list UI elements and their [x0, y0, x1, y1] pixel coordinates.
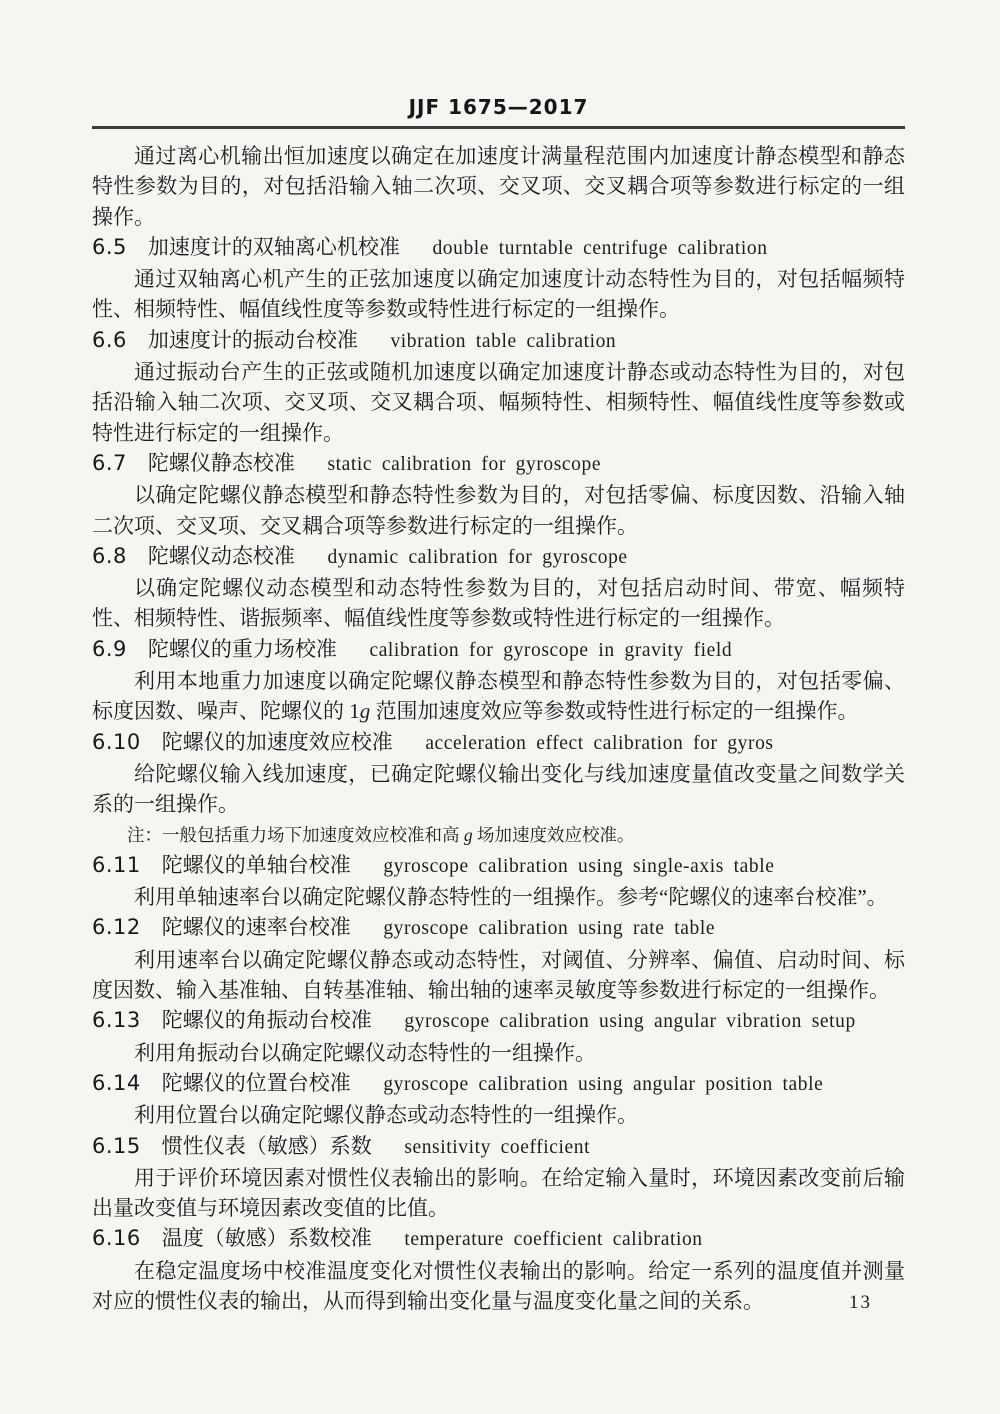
- text-run: 利用速率台以确定陀螺仪静态或动态特性，对阈值、分辨率、偏值、启动时间、标度因数、…: [92, 948, 905, 1002]
- term-chinese: 加速度计的振动台校准: [148, 328, 358, 352]
- clause-number: 6.7: [92, 451, 127, 475]
- term-chinese: 惯性仪表（敏感）系数: [162, 1134, 372, 1158]
- term-chinese: 陀螺仪动态校准: [148, 544, 295, 568]
- term-heading: 6.14陀螺仪的位置台校准gyroscope calibration using…: [92, 1068, 905, 1100]
- term-heading: 6.9陀螺仪的重力场校准calibration for gyroscope in…: [92, 634, 905, 666]
- term-chinese: 加速度计的双轴离心机校准: [148, 235, 400, 259]
- body-paragraph: 在稳定温度场中校准温度变化对惯性仪表输出的影响。给定一系列的温度值并测量对应的惯…: [92, 1256, 905, 1317]
- text-run: 注：一般包括重力场下加速度效应校准和高: [127, 825, 464, 845]
- term-english: gyroscope calibration using single-axis …: [383, 856, 774, 877]
- text-run: 通过振动台产生的正弦或随机加速度以确定加速度计静态或动态特性为目的，对包括沿输入…: [92, 360, 905, 445]
- body-paragraph: 给陀螺仪输入线加速度，已确定陀螺仪输出变化与线加速度量值改变量之间数学关系的一组…: [92, 759, 905, 820]
- term-heading: 6.8陀螺仪动态校准dynamic calibration for gyrosc…: [92, 541, 905, 573]
- italic-symbol: g: [464, 825, 473, 845]
- term-english: vibration table calibration: [390, 331, 616, 352]
- text-run: 以确定陀螺仪动态模型和动态特性参数为目的，对包括启动时间、带宽、幅频特性、相频特…: [92, 576, 905, 630]
- page-number: 13: [849, 1292, 872, 1314]
- body-paragraph: 以确定陀螺仪静态模型和静态特性参数为目的，对包括零偏、标度因数、沿输入轴二次项、…: [92, 480, 905, 541]
- clause-number: 6.11: [92, 853, 141, 877]
- text-run: 利用位置台以确定陀螺仪静态或动态特性的一组操作。: [134, 1103, 638, 1127]
- term-chinese: 陀螺仪的单轴台校准: [162, 853, 351, 877]
- term-heading: 6.13陀螺仪的角振动台校准gyroscope calibration usin…: [92, 1005, 905, 1037]
- clause-number: 6.6: [92, 328, 127, 352]
- clause-number: 6.12: [92, 915, 141, 939]
- document-page: JJF 1675—2017 通过离心机输出恒加速度以确定在加速度计满量程范围内加…: [0, 0, 1000, 1414]
- term-chinese: 陀螺仪的加速度效应校准: [162, 730, 393, 754]
- header-rule: [92, 126, 905, 129]
- italic-symbol: g: [360, 699, 371, 723]
- body-paragraph: 利用角振动台以确定陀螺仪动态特性的一组操作。: [92, 1038, 905, 1068]
- page-content: JJF 1675—2017 通过离心机输出恒加速度以确定在加速度计满量程范围内加…: [92, 0, 905, 1316]
- term-english: static calibration for gyroscope: [327, 454, 601, 475]
- term-english: calibration for gyroscope in gravity fie…: [369, 640, 732, 661]
- term-english: temperature coefficient calibration: [404, 1229, 702, 1250]
- term-chinese: 温度（敏感）系数校准: [162, 1226, 372, 1250]
- term-english: gyroscope calibration using angular vibr…: [404, 1011, 855, 1032]
- term-chinese: 陀螺仪的速率台校准: [162, 915, 351, 939]
- term-chinese: 陀螺仪静态校准: [148, 451, 295, 475]
- term-heading: 6.12陀螺仪的速率台校准gyroscope calibration using…: [92, 912, 905, 944]
- clause-number: 6.10: [92, 730, 141, 754]
- clause-number: 6.15: [92, 1134, 141, 1158]
- body-paragraph: 利用位置台以确定陀螺仪静态或动态特性的一组操作。: [92, 1100, 905, 1130]
- body-paragraph: 通过离心机输出恒加速度以确定在加速度计满量程范围内加速度计静态模型和静态特性参数…: [92, 141, 905, 232]
- term-heading: 6.16温度（敏感）系数校准temperature coefficient ca…: [92, 1223, 905, 1255]
- text-run: 在稳定温度场中校准温度变化对惯性仪表输出的影响。给定一系列的温度值并测量对应的惯…: [92, 1259, 905, 1313]
- term-heading: 6.5加速度计的双轴离心机校准double turntable centrifu…: [92, 232, 905, 264]
- term-english: dynamic calibration for gyroscope: [327, 547, 627, 568]
- term-heading: 6.6加速度计的振动台校准vibration table calibration: [92, 325, 905, 357]
- term-english: sensitivity coefficient: [404, 1137, 590, 1158]
- document-code-header: JJF 1675—2017: [92, 95, 905, 119]
- text-run: 场加速度效应校准。: [473, 825, 635, 845]
- term-heading: 6.11陀螺仪的单轴台校准gyroscope calibration using…: [92, 850, 905, 882]
- clause-number: 6.16: [92, 1226, 141, 1250]
- clause-number: 6.14: [92, 1071, 141, 1095]
- text-run: 通过双轴离心机产生的正弦加速度以确定加速度计动态特性为目的，对包括幅频特性、相频…: [92, 267, 905, 321]
- clause-number: 6.9: [92, 637, 127, 661]
- text-run: 利用单轴速率台以确定陀螺仪静态特性的一组操作。参考“陀螺仪的速率台校准”。: [134, 885, 888, 909]
- body-paragraph: 以确定陀螺仪动态模型和动态特性参数为目的，对包括启动时间、带宽、幅频特性、相频特…: [92, 573, 905, 634]
- text-run: 给陀螺仪输入线加速度，已确定陀螺仪输出变化与线加速度量值改变量之间数学关系的一组…: [92, 762, 905, 816]
- body-paragraph: 利用本地重力加速度以确定陀螺仪静态模型和静态特性参数为目的，对包括零偏、标度因数…: [92, 666, 905, 727]
- text-run: 利用角振动台以确定陀螺仪动态特性的一组操作。: [134, 1041, 596, 1065]
- body-paragraph: 通过双轴离心机产生的正弦加速度以确定加速度计动态特性为目的，对包括幅频特性、相频…: [92, 264, 905, 325]
- clause-number: 6.13: [92, 1008, 141, 1032]
- term-heading: 6.7陀螺仪静态校准static calibration for gyrosco…: [92, 448, 905, 480]
- note-line: 注：一般包括重力场下加速度效应校准和高 g 场加速度效应校准。: [92, 820, 905, 850]
- term-english: gyroscope calibration using angular posi…: [383, 1074, 823, 1095]
- body-paragraph: 利用单轴速率台以确定陀螺仪静态特性的一组操作。参考“陀螺仪的速率台校准”。: [92, 882, 905, 912]
- text-run: 以确定陀螺仪静态模型和静态特性参数为目的，对包括零偏、标度因数、沿输入轴二次项、…: [92, 483, 905, 537]
- term-english: double turntable centrifuge calibration: [432, 238, 767, 259]
- document-body: 通过离心机输出恒加速度以确定在加速度计满量程范围内加速度计静态模型和静态特性参数…: [92, 141, 905, 1316]
- text-run: 通过离心机输出恒加速度以确定在加速度计满量程范围内加速度计静态模型和静态特性参数…: [92, 144, 905, 229]
- term-heading: 6.10陀螺仪的加速度效应校准acceleration effect calib…: [92, 727, 905, 759]
- text-run: 范围加速度效应等参数或特性进行标定的一组操作。: [370, 699, 858, 723]
- term-chinese: 陀螺仪的位置台校准: [162, 1071, 351, 1095]
- text-run: 用于评价环境因素对惯性仪表输出的影响。在给定输入量时，环境因素改变前后输出量改变…: [92, 1166, 905, 1220]
- body-paragraph: 利用速率台以确定陀螺仪静态或动态特性，对阈值、分辨率、偏值、启动时间、标度因数、…: [92, 945, 905, 1006]
- term-english: gyroscope calibration using rate table: [383, 918, 715, 939]
- clause-number: 6.8: [92, 544, 127, 568]
- term-chinese: 陀螺仪的重力场校准: [148, 637, 337, 661]
- term-chinese: 陀螺仪的角振动台校准: [162, 1008, 372, 1032]
- clause-number: 6.5: [92, 235, 127, 259]
- body-paragraph: 通过振动台产生的正弦或随机加速度以确定加速度计静态或动态特性为目的，对包括沿输入…: [92, 357, 905, 448]
- term-heading: 6.15惯性仪表（敏感）系数sensitivity coefficient: [92, 1131, 905, 1163]
- term-english: acceleration effect calibration for gyro…: [425, 733, 773, 754]
- body-paragraph: 用于评价环境因素对惯性仪表输出的影响。在给定输入量时，环境因素改变前后输出量改变…: [92, 1163, 905, 1224]
